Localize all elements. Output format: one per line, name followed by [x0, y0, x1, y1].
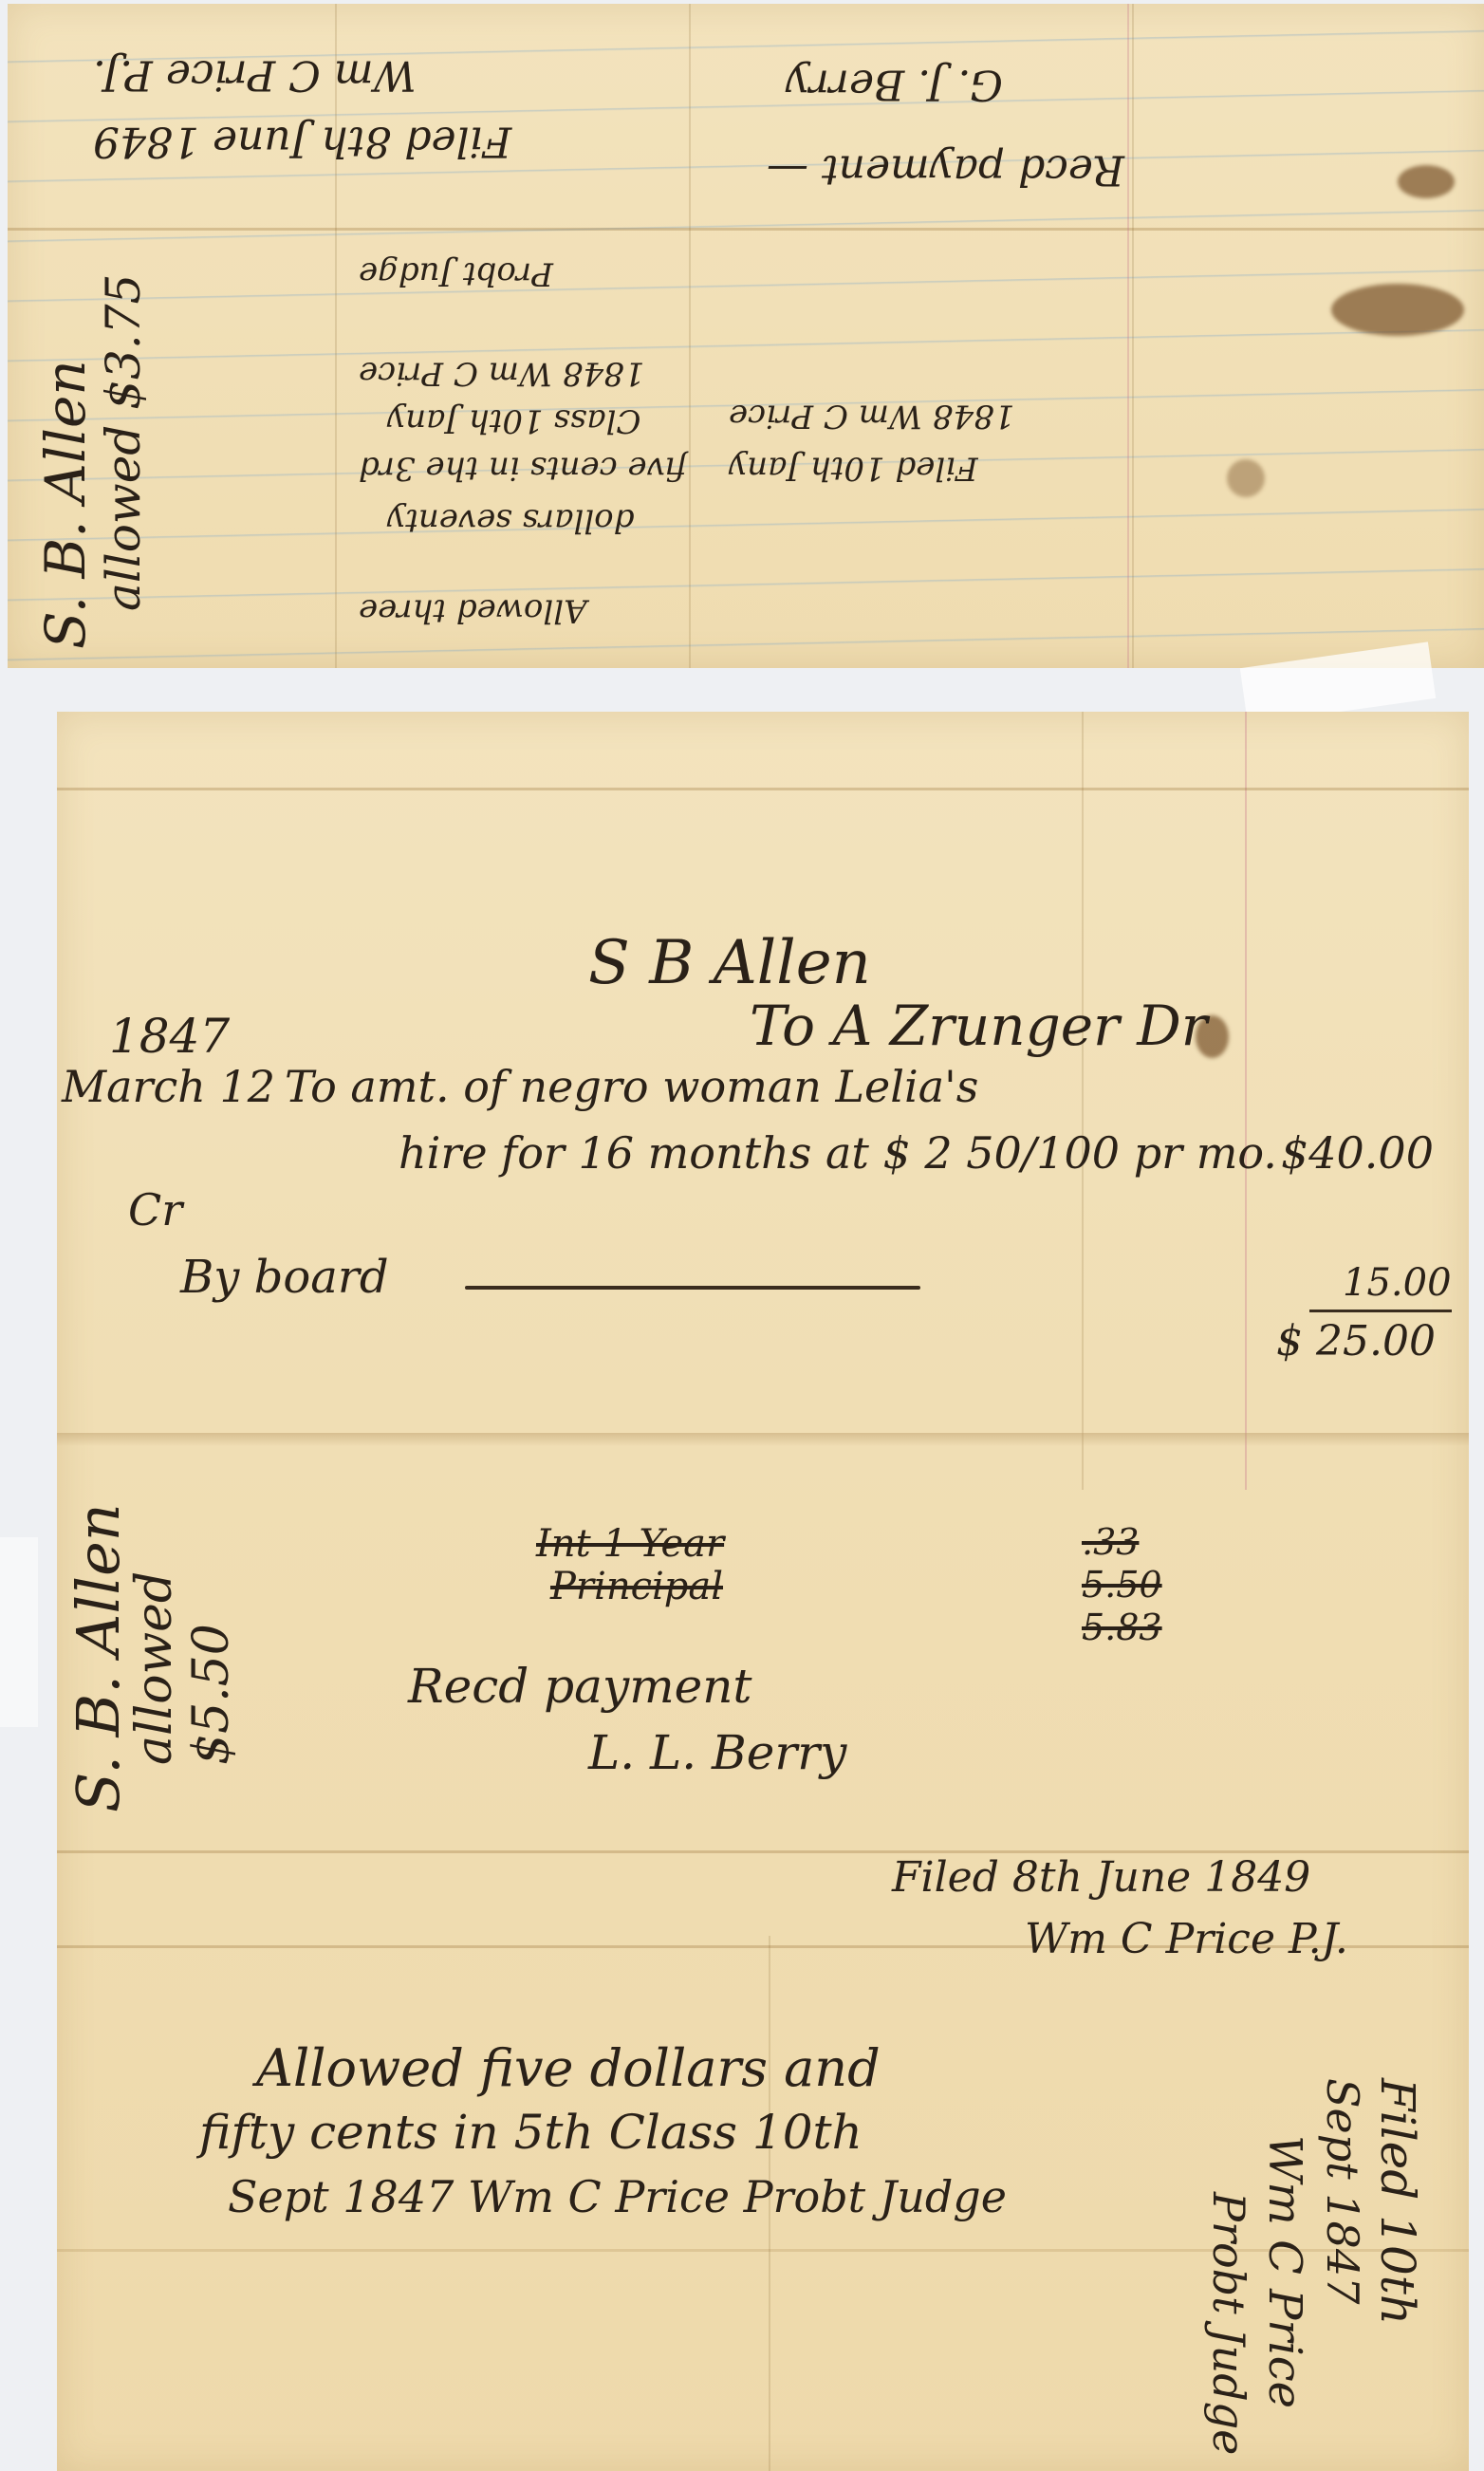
credit-leader-line: [465, 1286, 920, 1290]
fold-line: [57, 788, 1469, 790]
top-allowance-line4: Class 10th Jany: [387, 402, 641, 437]
entry-amount: $40.00: [1281, 1129, 1434, 1178]
allowance-line2: fifty cents in 5th Class 10th: [199, 2107, 863, 2159]
tape-strip: [0, 1537, 38, 1727]
top-allowance-line5: 1848 Wm C Price: [359, 355, 644, 390]
top-allowance-line3: five cents in the 3rd: [359, 450, 687, 485]
account-year: 1847: [109, 1011, 230, 1063]
credit-amount: 15.00: [1343, 1262, 1452, 1304]
credit-label: Cr: [128, 1186, 182, 1235]
fold-line: [335, 4, 337, 668]
top-filed-line2: Wm C Price P.J.: [93, 51, 417, 97]
entry-line1: To amt. of negro woman Lelia's: [285, 1063, 978, 1111]
side-filed-line2: Sept 1847: [1318, 2078, 1366, 2304]
sum-line: [1309, 1310, 1452, 1312]
top-margin-allowed: allowed $3.75: [98, 274, 150, 611]
side-filed-line4: Probt Judge: [1204, 2192, 1252, 2455]
top-allowance-line2: dollars seventy: [387, 502, 634, 537]
margin-amount: $5.50: [185, 1624, 239, 1765]
balance-amount: $ 25.00: [1276, 1319, 1436, 1365]
interest-value: .33: [1082, 1523, 1139, 1563]
interest-label: Int 1 Year: [536, 1523, 724, 1565]
allowance-line3: Sept 1847 Wm C Price Probt Judge: [228, 2173, 1007, 2221]
filed-line2: Wm C Price P.J.: [1025, 1917, 1348, 1962]
total-value: 5.83: [1082, 1608, 1162, 1648]
top-receipt-signature: G. J. Berry: [786, 61, 1003, 106]
margin-allowed: allowed: [128, 1571, 182, 1765]
fold-line: [689, 4, 691, 668]
margin-rule: [1127, 4, 1129, 668]
filed-line1: Filed 8th June 1849: [892, 1855, 1310, 1901]
principal-label: Principal: [550, 1566, 723, 1607]
account-debtor: S B Allen: [588, 930, 871, 996]
top-filed-note-line2: 1848 Wm C Price: [729, 398, 1014, 433]
fold-line: [1132, 4, 1134, 668]
principal-value: 5.50: [1082, 1566, 1162, 1606]
top-receipt-line: Recd payment —: [767, 146, 1124, 192]
entry-line2: hire for 16 months at $ 2 50/100 pr mo.: [399, 1129, 1277, 1178]
account-creditor: To A Zrunger Dr: [750, 996, 1207, 1057]
ink-stain: [1331, 284, 1464, 336]
top-filed-note-line1: Filed 10th Jany: [729, 450, 978, 485]
entry-date: March 12: [62, 1063, 275, 1111]
margin-rule: [1245, 712, 1247, 1490]
top-margin-name: S. B. Allen: [36, 360, 97, 649]
receipt-line: Recd payment: [408, 1661, 752, 1713]
top-document-sheet: Recd payment — G. J. Berry Filed 8th Jun…: [8, 4, 1484, 668]
ink-stain: [1227, 459, 1265, 497]
top-filed-line1: Filed 8th June 1849: [93, 118, 511, 163]
ink-stain: [1398, 165, 1455, 198]
torn-edge: [57, 1433, 1469, 1446]
fold-line: [57, 2249, 1469, 2252]
receipt-signature: L. L. Berry: [588, 1727, 846, 1779]
bottom-document-sheet: S B Allen 1847 To A Zrunger Dr March 12 …: [57, 712, 1469, 2471]
fold-line: [8, 228, 1484, 231]
top-allowance-line1: Allowed three: [359, 592, 587, 627]
margin-name: S. B. Allen: [66, 1503, 131, 1812]
top-allowance-line6: Probt Judge: [359, 255, 553, 290]
side-filed-line1: Filed 10th: [1371, 2078, 1423, 2325]
allowance-line1: Allowed five dollars and: [256, 2040, 881, 2096]
side-filed-line3: Wm C Price: [1259, 2135, 1309, 2408]
credit-item: By board: [180, 1253, 389, 1303]
fold-line: [1082, 712, 1084, 1490]
